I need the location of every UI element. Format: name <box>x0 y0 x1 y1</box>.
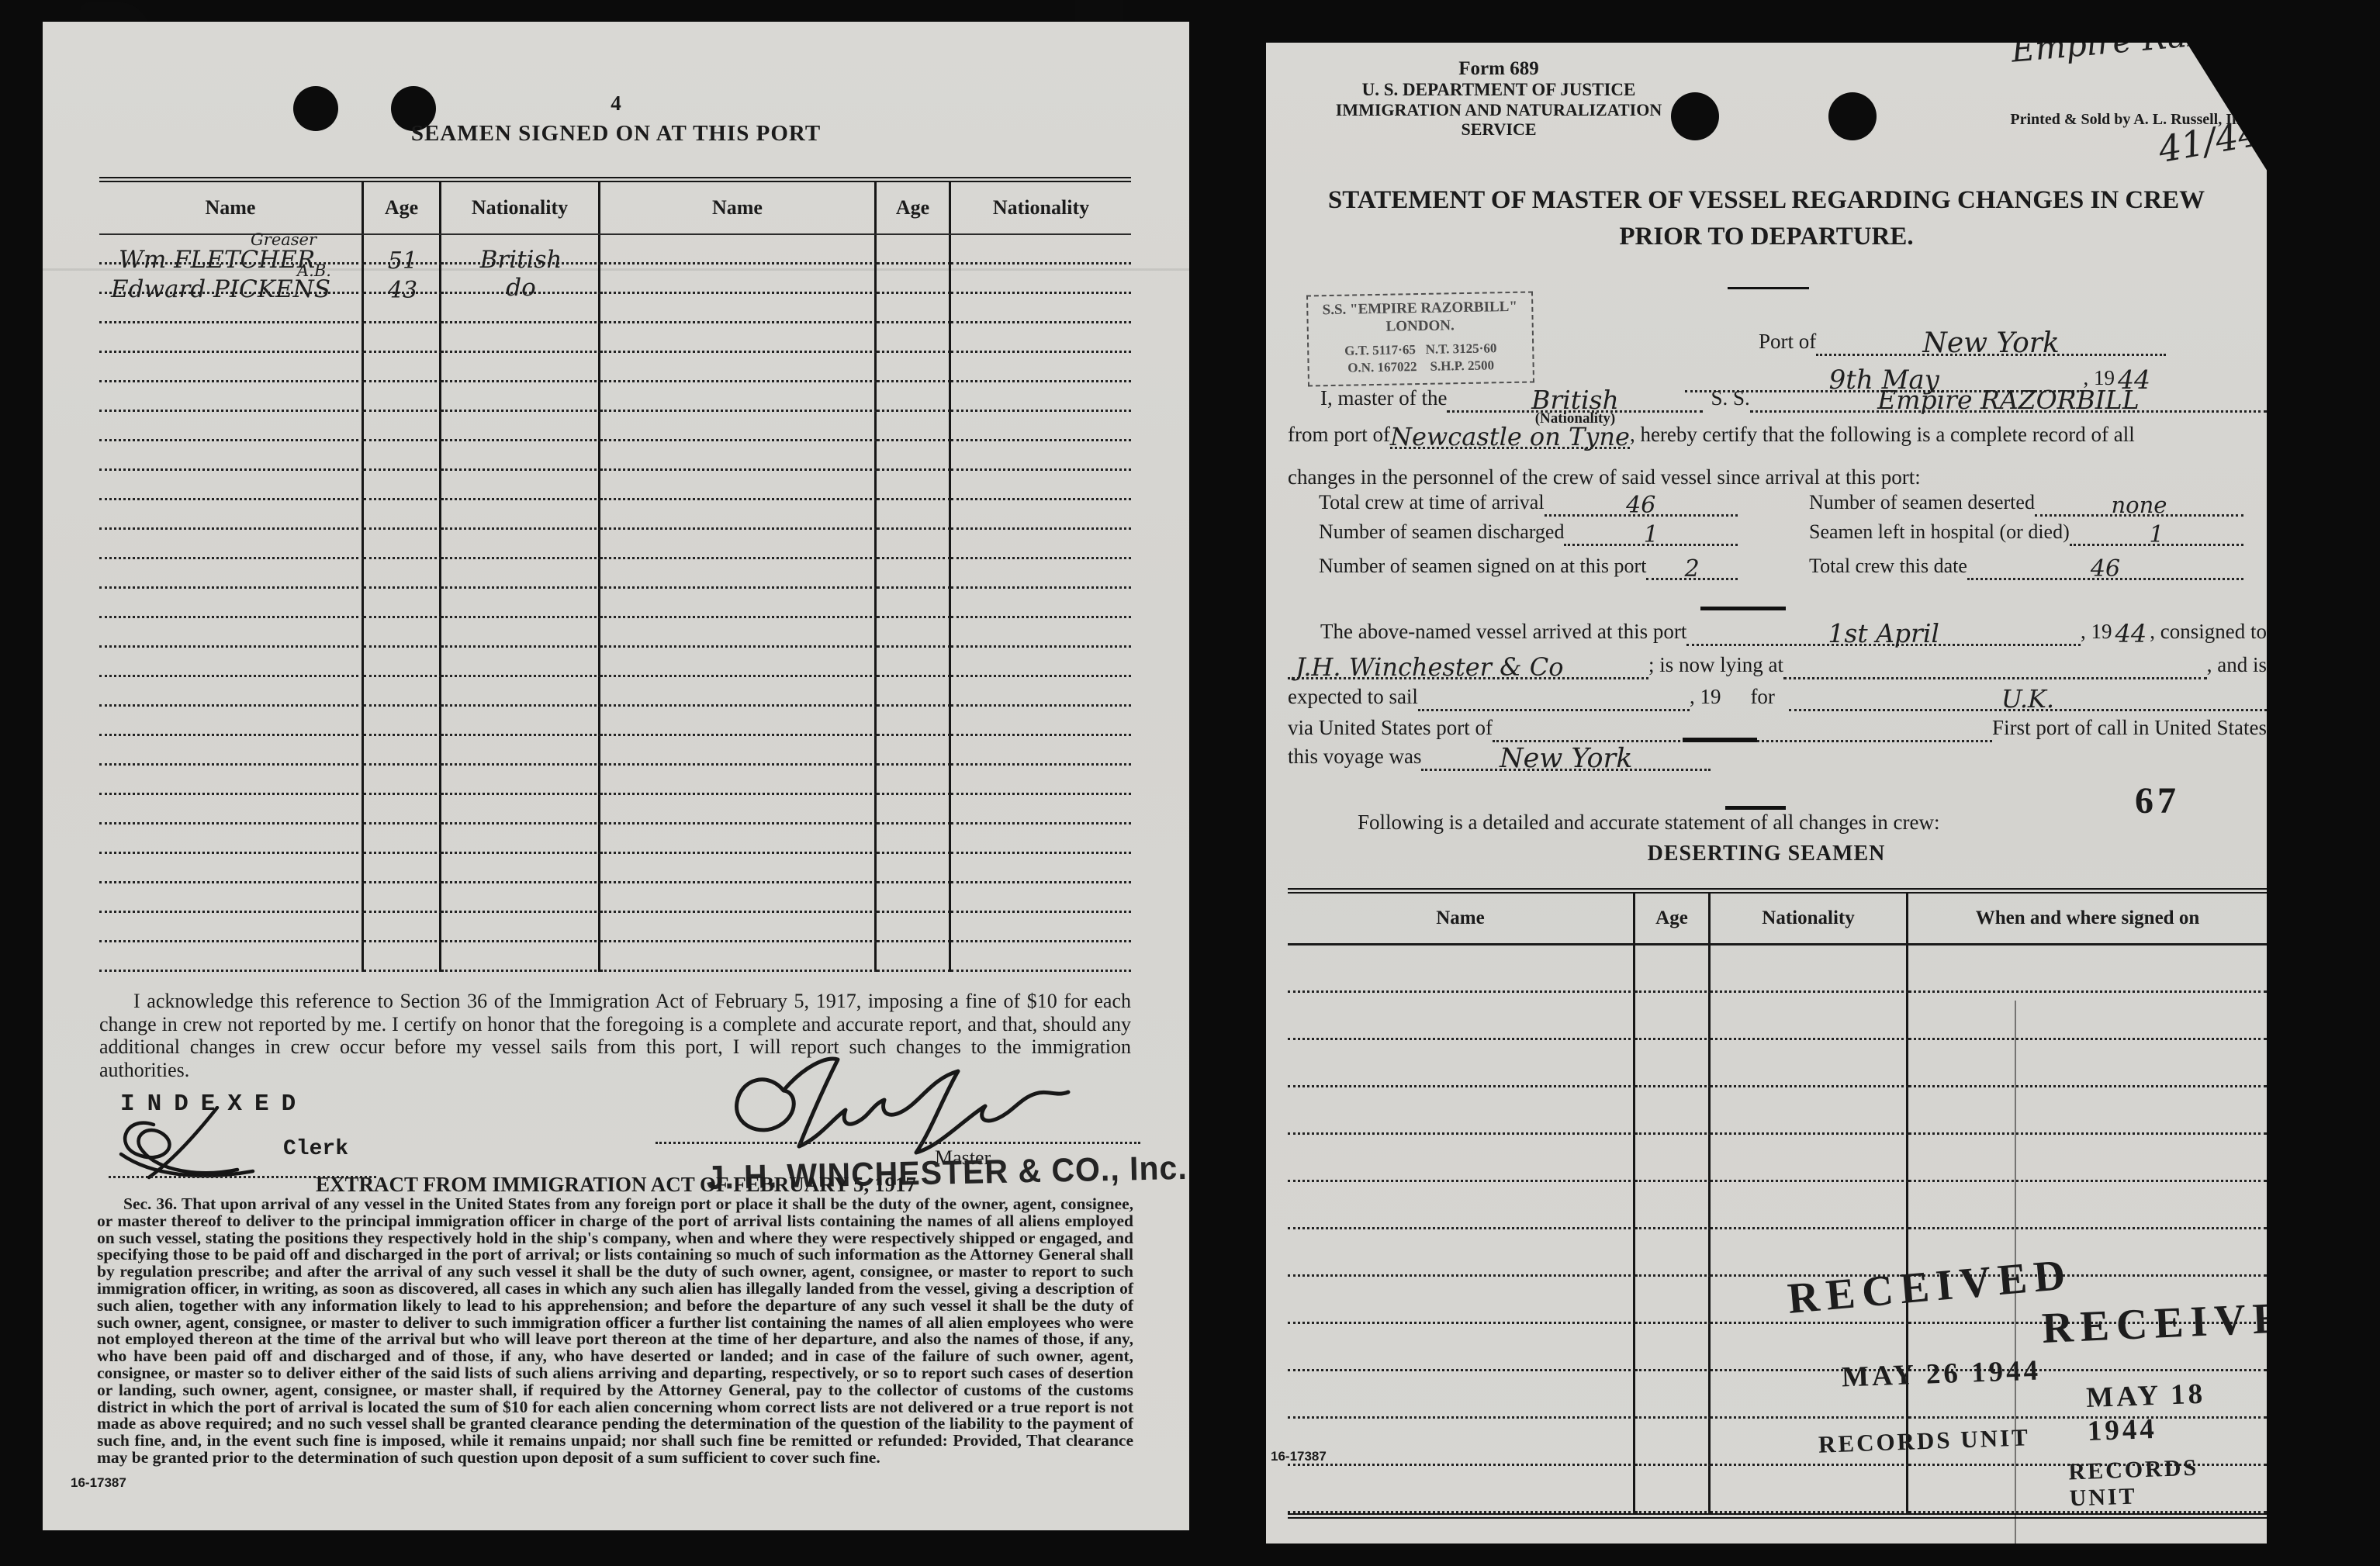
stat-fill: 46 <box>1545 493 1738 517</box>
arrival-year: 44 <box>2115 619 2147 648</box>
department-name: U. S. DEPARTMENT OF JUSTICE <box>1313 80 1685 100</box>
arrival-label: The above-named vessel arrived at this p… <box>1320 620 1686 646</box>
from-port-label: from port of <box>1288 423 1390 449</box>
column-header: Nationality <box>1711 894 1908 943</box>
table-body <box>99 235 1131 972</box>
voyage-label: this voyage was <box>1288 745 1421 771</box>
punch-hole-icon <box>1828 92 1877 140</box>
via-port-label: via United States port of <box>1288 716 1493 742</box>
table-row <box>99 824 1131 854</box>
port-of-fill: New York <box>1816 330 2166 356</box>
voyage-value: New York <box>1500 748 1633 771</box>
form-number: Form 689 <box>1313 58 1685 80</box>
table-row <box>99 382 1131 412</box>
sail-date-fill <box>1418 700 1690 711</box>
crew-nationality: do <box>441 274 600 302</box>
page-number: 4 <box>43 92 1189 116</box>
stat-label: Total crew this date <box>1809 555 1967 580</box>
table-row <box>99 500 1131 530</box>
table-row <box>99 707 1131 736</box>
table-row <box>1288 945 2267 993</box>
table-row <box>1288 993 2267 1040</box>
via-port-fill <box>1493 731 1992 742</box>
arrival-19-label: , 19 <box>2081 620 2112 646</box>
crew-name: Wm FLETCHER <box>119 246 315 274</box>
following-line: Following is a detailed and accurate sta… <box>1358 811 1939 835</box>
sail-destination: U.K. <box>2001 689 2054 710</box>
table-row <box>99 353 1131 382</box>
stat-value: none <box>2111 496 2167 515</box>
stat-fill: none <box>2035 493 2243 517</box>
table-row <box>99 677 1131 707</box>
port-of-label: Port of <box>1759 330 1816 356</box>
stat-label: Number of seamen signed on at this port <box>1319 555 1646 580</box>
arrival-date: 1st April <box>1828 623 1939 645</box>
stat-fill: 46 <box>1967 557 2243 580</box>
table-header-row: Name Age Nationality Name Age Nationalit… <box>99 182 1131 235</box>
table-row <box>1288 1087 2267 1135</box>
stat-value: 1 <box>2149 525 2164 545</box>
sail-destination-fill: U.K. <box>1789 686 2267 711</box>
form-title-line1: STATEMENT OF MASTER OF VESSEL REGARDING … <box>1266 186 2267 215</box>
vessel-value: Empire RAZORBILL <box>1877 389 2139 411</box>
master-signature <box>710 1044 1098 1156</box>
crew-age: 43 <box>364 277 441 304</box>
title-rule <box>1728 287 1809 289</box>
service-name: IMMIGRATION AND NATURALIZATION SERVICE <box>1313 100 1685 139</box>
print-code: 16-17387 <box>71 1475 126 1491</box>
table-row <box>1288 1135 2267 1182</box>
stat-fill: 1 <box>2070 523 2243 546</box>
port-of-line: Port of New York <box>1759 330 2166 356</box>
stat-line: Number of seamen signed on at this port … <box>1319 555 1738 580</box>
arrival-line: The above-named vessel arrived at this p… <box>1320 617 2267 646</box>
extract-heading: EXTRACT FROM IMMIGRATION ACT OF FEBRUARY… <box>43 1173 1189 1197</box>
and-is-label: , and is <box>2207 653 2267 679</box>
stat-line: Number of seamen deserted none <box>1809 491 2243 517</box>
table-row <box>99 766 1131 795</box>
changes-line: changes in the personnel of the crew of … <box>1288 465 1921 489</box>
table-row <box>99 412 1131 441</box>
expected-sail-label: expected to sail <box>1288 685 1418 711</box>
table-row <box>99 471 1131 500</box>
lying-at-label: ; is now lying at <box>1648 653 1783 679</box>
received-stamp-date: MAY 18 1944 <box>2086 1375 2268 1448</box>
form-title-line2: PRIOR TO DEPARTURE. <box>1266 223 2267 251</box>
table-row <box>99 854 1131 883</box>
expected-sail-line: expected to sail , 19 for U.K. <box>1288 685 2267 711</box>
page-stamp-number: 67 <box>2135 780 2180 822</box>
column-header: Age <box>364 182 441 233</box>
table-row <box>99 441 1131 471</box>
column-header: Name <box>99 182 364 233</box>
stat-value: 1 <box>1644 525 1659 545</box>
from-port-fill: Newcastle on Tyne <box>1390 424 1630 449</box>
table-row <box>99 530 1131 559</box>
left-page: 4 SEAMEN SIGNED ON AT THIS PORT Name Age… <box>43 22 1189 1530</box>
column-header: Age <box>877 182 951 233</box>
crew-nationality: British <box>441 246 600 274</box>
crew-age: 51 <box>364 247 441 275</box>
column-header: Name <box>1288 894 1635 943</box>
stat-value: 2 <box>1685 559 1700 579</box>
table-row <box>99 795 1131 824</box>
via-port-line: via United States port of First port of … <box>1288 716 2267 742</box>
stat-value: 46 <box>1626 496 1655 516</box>
nationality-fill: British (Nationality) <box>1447 387 1703 413</box>
ss-label: S. S. <box>1711 386 1749 413</box>
crew-name: Edward PICKENS <box>111 275 330 303</box>
vessel-fill: Empire RAZORBILL <box>1750 387 2267 413</box>
table-row <box>1288 1182 2267 1229</box>
received-stamp-unit: RECORDS UNIT <box>2068 1453 2268 1512</box>
table-row <box>99 648 1131 677</box>
stat-label: Total crew at time of arrival <box>1319 491 1545 517</box>
table-header-row: Name Age Nationality When and where sign… <box>1288 894 2267 945</box>
table-row <box>99 323 1131 353</box>
consignee-fill: J.H. Winchester & Co <box>1288 655 1648 679</box>
ship-stamp-box: S.S. "EMPIRE RAZORBILL" LONDON. G.T. 511… <box>1306 291 1534 386</box>
table-row <box>99 618 1131 648</box>
lying-at-fill <box>1783 668 2207 679</box>
seamen-signed-on-table: Name Age Nationality Name Age Nationalit… <box>99 177 1131 972</box>
port-of-value: New York <box>1922 332 2059 356</box>
short-dash-rule <box>1725 806 1786 810</box>
table-row <box>99 589 1131 618</box>
table-row <box>99 942 1131 972</box>
table-row <box>99 559 1131 589</box>
table-row <box>99 736 1131 766</box>
master-signature-line <box>656 1142 1140 1144</box>
voyage-line: this voyage was New York <box>1288 745 1711 771</box>
table-row <box>99 883 1131 913</box>
stat-line: Total crew at time of arrival 46 <box>1319 491 1738 517</box>
stat-line: Total crew this date 46 <box>1809 555 2243 580</box>
master-of-label: I, master of the <box>1320 386 1447 413</box>
column-header: Nationality <box>951 182 1131 233</box>
stat-line: Number of seamen discharged 1 <box>1319 520 1738 546</box>
stat-line: Seamen left in hospital (or died) 1 <box>1809 520 2243 546</box>
divider-rule <box>1700 607 1786 610</box>
table-row <box>1288 1040 2267 1087</box>
for-label: for <box>1750 685 1774 711</box>
stat-fill: 1 <box>1564 523 1738 546</box>
certify-text: , hereby certify that the following is a… <box>1630 423 2135 449</box>
column-header: Age <box>1635 894 1711 943</box>
handwritten-vessel-name: Empire Razorbill <box>2010 7 2292 69</box>
from-port-line: from port of Newcastle on Tyne , hereby … <box>1288 423 2267 449</box>
master-of-line: I, master of the British (Nationality) S… <box>1320 386 2267 413</box>
voyage-fill: New York <box>1421 745 1711 771</box>
stat-value: 46 <box>2091 559 2120 579</box>
first-port-label: First port of call in United States <box>1992 716 2267 742</box>
stat-label: Number of seamen discharged <box>1319 520 1564 546</box>
column-header: Nationality <box>441 182 600 233</box>
strike-mark <box>1683 738 1757 742</box>
received-stamp-date: MAY 26 1944 <box>1841 1354 2041 1395</box>
form-header-block: Form 689 U. S. DEPARTMENT OF JUSTICE IMM… <box>1313 58 1685 139</box>
scanned-document: 4 SEAMEN SIGNED ON AT THIS PORT Name Age… <box>0 0 2380 1566</box>
from-port-value: Newcastle on Tyne <box>1390 427 1630 448</box>
consignee-line: J.H. Winchester & Co ; is now lying at ,… <box>1288 653 2267 679</box>
section-36-text: Sec. 36. That upon arrival of any vessel… <box>97 1196 1133 1467</box>
table-row <box>99 913 1131 942</box>
column-header: When and where signed on <box>1908 894 2267 943</box>
print-code: 16-17387 <box>1271 1449 1327 1464</box>
right-page: Form 689 U. S. DEPARTMENT OF JUSTICE IMM… <box>1266 43 2267 1544</box>
consignee-value: J.H. Winchester & Co <box>1296 657 1564 678</box>
stat-label: Number of seamen deserted <box>1809 491 2035 517</box>
nationality-value: British <box>1531 389 1619 411</box>
left-page-heading: SEAMEN SIGNED ON AT THIS PORT <box>43 121 1189 147</box>
arrival-date-fill: 1st April <box>1686 621 2081 646</box>
clerk-signature <box>109 1106 299 1182</box>
stat-label: Seamen left in hospital (or died) <box>1809 520 2070 546</box>
stat-fill: 2 <box>1646 557 1738 580</box>
consigned-to-label: , consigned to <box>2150 620 2267 646</box>
deserting-seamen-heading: DESERTING SEAMEN <box>1266 842 2267 866</box>
table-row <box>1288 1229 2267 1277</box>
clerk-label: Clerk <box>283 1137 348 1161</box>
column-header: Name <box>600 182 877 233</box>
sail-19-label: , 19 <box>1690 685 1721 711</box>
ship-stamp-line: O.N. 167022 S.H.P. 2500 <box>1309 356 1532 377</box>
